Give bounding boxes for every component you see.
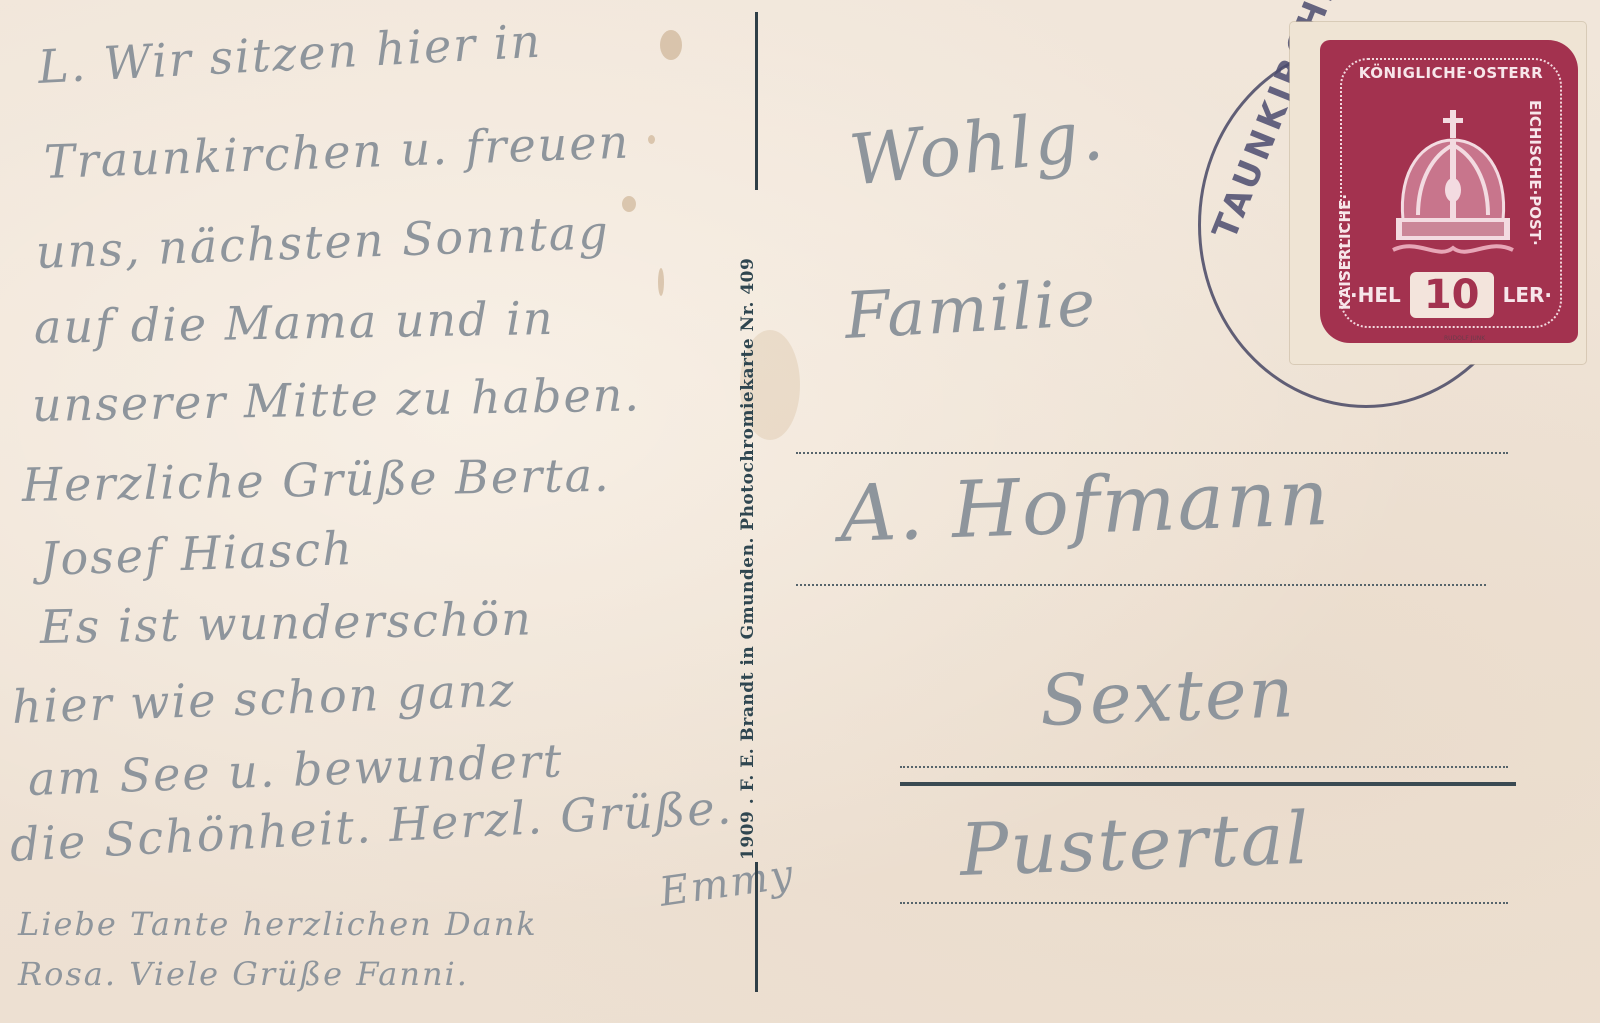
address-dotted-line — [796, 584, 1486, 586]
postage-stamp: KÖNIGLICHE·OSTERR KAISERLICHE· EICHISCHE… — [1320, 40, 1578, 343]
stamp-value-label-left: ·HEL — [1350, 283, 1401, 307]
message-line: auf die Mama und in — [34, 291, 555, 354]
crown-icon — [1388, 110, 1518, 260]
stamp-engraver: RUDOLF JUNK — [1444, 335, 1485, 342]
address-line-2: A. Hofmann — [838, 453, 1332, 560]
address-dotted-line — [900, 766, 1508, 768]
stain — [660, 30, 682, 60]
message-line: Es ist wunderschön — [40, 591, 534, 654]
address-dotted-line — [900, 902, 1508, 904]
message-line: Josef Hiasch — [39, 521, 355, 586]
stamp-value-label-right: LER· — [1503, 283, 1552, 307]
message-line: hier wie schon ganz — [11, 662, 516, 734]
address-dotted-line — [796, 452, 1508, 454]
address-line-3: Sexten — [1039, 651, 1297, 742]
address-underline — [900, 782, 1516, 786]
address-line-4: Pustertal — [959, 796, 1312, 892]
divider-top — [755, 12, 758, 190]
message-line: unserer Mitte zu haben. — [32, 367, 642, 432]
stain — [648, 135, 655, 144]
message-line: L. Wir sitzen hier in — [37, 14, 544, 94]
message-line: Traunkirchen u. freuen — [43, 115, 631, 189]
address-salutation: Wohlg. — [846, 93, 1109, 201]
stain — [622, 196, 636, 212]
message-line: Herzliche Grüße Berta. — [22, 448, 612, 512]
message-line: uns, nächsten Sonntag — [35, 205, 610, 279]
stamp-frame: KÖNIGLICHE·OSTERR KAISERLICHE· EICHISCHE… — [1340, 58, 1562, 328]
stamp-top-text: KÖNIGLICHE·OSTERR — [1342, 64, 1560, 82]
stain — [658, 268, 664, 296]
message-signature: Emmy — [657, 851, 798, 915]
divider-bottom — [755, 862, 758, 992]
postcard-back: L. Wir sitzen hier in Traunkirchen u. fr… — [0, 0, 1600, 1023]
message-line: Rosa. Viele Grüße Fanni. — [18, 955, 469, 993]
publisher-imprint: 1909 . F. E. Brandt in Gmunden. Photochr… — [738, 258, 758, 860]
stamp-value-row: ·HEL 10 LER· — [1342, 270, 1560, 320]
stamp-value: 10 — [1410, 272, 1494, 318]
address-line-1: Familie — [843, 267, 1099, 354]
message-line: Liebe Tante herzlichen Dank — [18, 905, 538, 943]
